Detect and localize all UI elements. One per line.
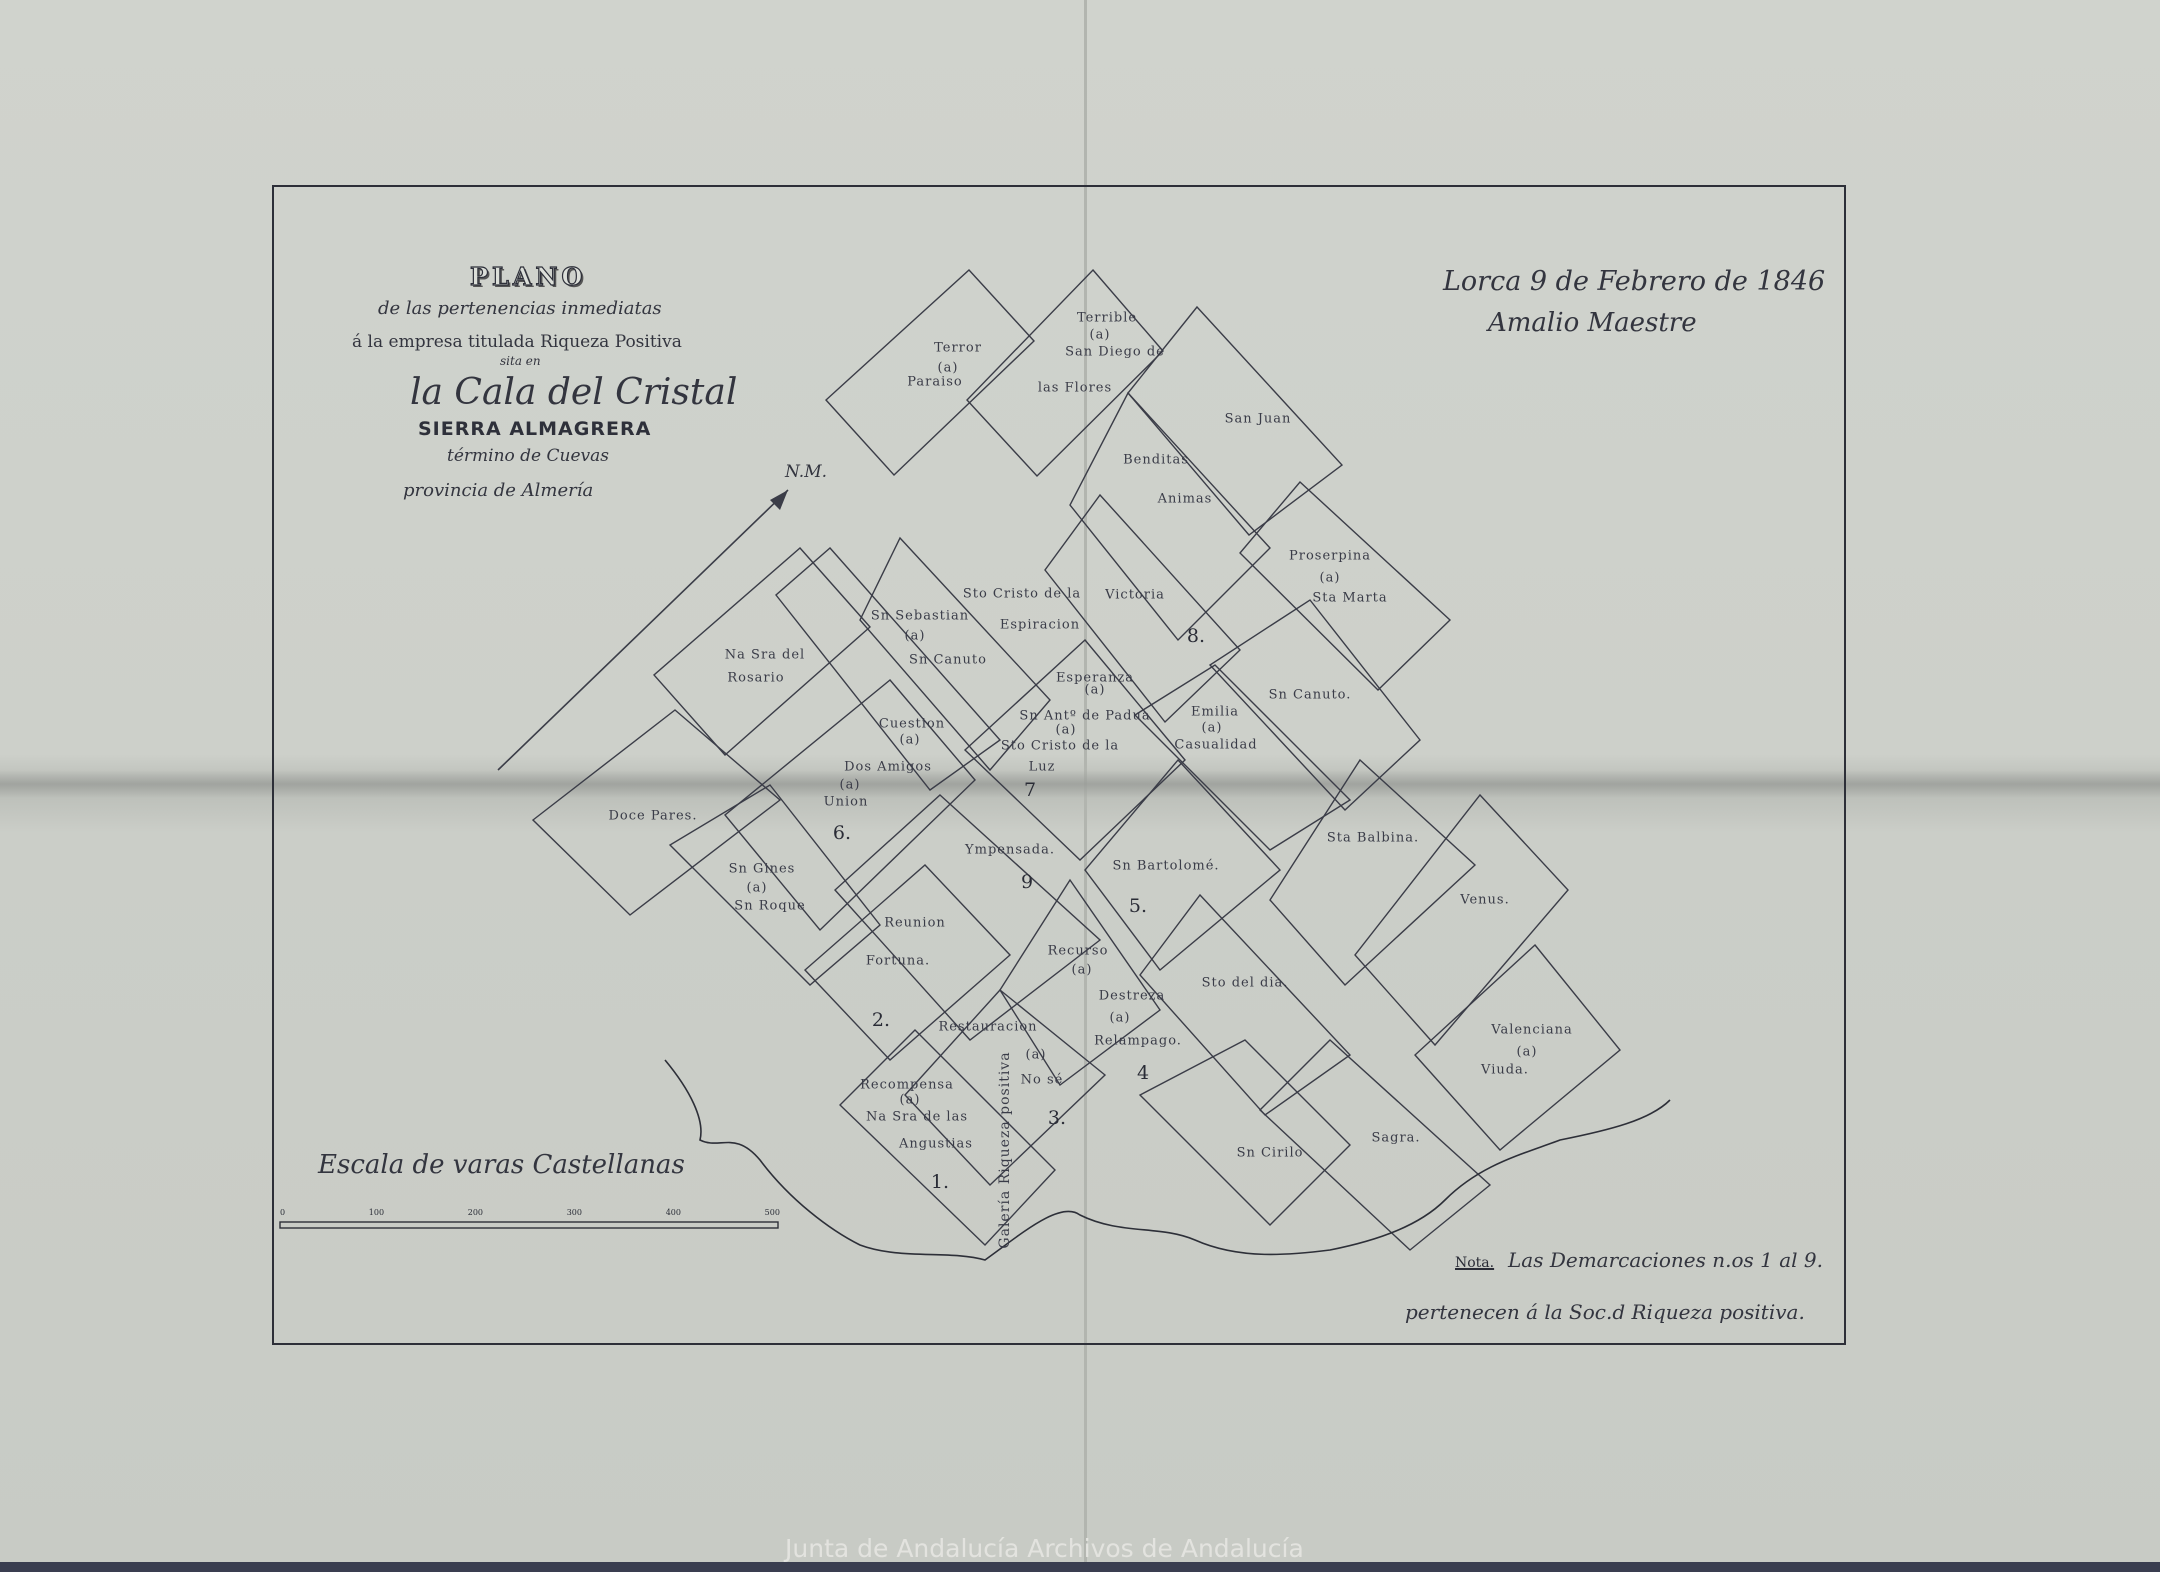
- title-line1: de las pertenencias inmediatas: [378, 298, 662, 319]
- parcel-label: Angustias: [899, 1137, 973, 1152]
- parcel-number: 2.: [872, 1009, 890, 1031]
- parcel-number: 9: [1021, 871, 1033, 893]
- title-termino: término de Cuevas: [447, 446, 609, 466]
- parcel-label: (a): [1090, 328, 1111, 343]
- title-place: la Cala del Cristal: [410, 372, 737, 413]
- scale-tick: 200: [468, 1208, 483, 1217]
- parcel-label: Espiracion: [1000, 618, 1080, 633]
- archive-watermark: Junta de Andalucía Archivos de Andalucía: [785, 1534, 1304, 1563]
- parcel-label: Sta Marta: [1312, 591, 1387, 606]
- parcel-label: Victoria: [1105, 588, 1165, 603]
- parcel-label: (a): [1085, 683, 1106, 698]
- parcel-label: Sn Canuto.: [1269, 688, 1352, 703]
- parcel-label: las Flores: [1038, 381, 1112, 396]
- parcel-label: Terrible: [1077, 311, 1137, 326]
- parcel-label: Destreza: [1099, 989, 1166, 1004]
- parcel-label: (a): [840, 778, 861, 793]
- parcel-label: Animas: [1158, 492, 1213, 507]
- parcel-label: San Diego de: [1065, 345, 1165, 360]
- signature-author: Amalio Maestre: [1488, 308, 1697, 338]
- parcel-label: San Juan: [1225, 412, 1292, 427]
- parcel-label: Paraiso: [907, 375, 963, 390]
- parcel-label: Reunion: [884, 916, 946, 931]
- parcel-label: Valenciana: [1491, 1023, 1572, 1038]
- north-arrow-label: N.M.: [785, 462, 827, 482]
- parcel-label: Dos Amigos: [844, 760, 932, 775]
- parcel-label: Viuda.: [1481, 1063, 1529, 1078]
- parcel-label: (a): [900, 733, 921, 748]
- parcel-label: Sto del dia.: [1202, 976, 1289, 991]
- parcel-label: Na Sra de las: [866, 1110, 968, 1125]
- note-line2: pertenecen á la Soc.d Riqueza positiva.: [1405, 1300, 1805, 1324]
- parcel-label: Fortuna.: [866, 954, 930, 969]
- parcel-label: Sn Cirilo: [1237, 1146, 1304, 1161]
- parcel-label: Ympensada.: [965, 843, 1055, 858]
- parcel-label: Sn Sebastian: [871, 609, 969, 624]
- title-provincia: provincia de Almería: [403, 480, 593, 501]
- parcel-label: Benditas: [1123, 453, 1189, 468]
- parcel-map: [0, 0, 2160, 1572]
- parcel-label: Relampago.: [1094, 1034, 1182, 1049]
- parcel-label: Sto Cristo de la: [963, 587, 1081, 602]
- parcel-number: 6.: [833, 822, 851, 844]
- parcel-label: (a): [938, 361, 959, 376]
- parcel-number: 8.: [1187, 625, 1205, 647]
- parcel-label: Venus.: [1460, 893, 1509, 908]
- parcel-label: Restauracion: [938, 1020, 1037, 1035]
- signature-date: Lorca 9 de Febrero de 1846: [1443, 266, 1825, 297]
- scale-title: Escala de varas Castellanas: [318, 1150, 685, 1180]
- parcel-label: Terror: [934, 341, 982, 356]
- parcel-label: (a): [1320, 571, 1341, 586]
- parcel-label: Sta Balbina.: [1327, 831, 1419, 846]
- parcel-label: (a): [1517, 1045, 1538, 1060]
- scale-tick: 100: [369, 1208, 384, 1217]
- parcel-label: (a): [900, 1093, 921, 1108]
- parcel-label: Proserpina: [1289, 549, 1371, 564]
- parcel-label: Sto Cristo de la: [1001, 739, 1119, 754]
- parcel-label: (a): [905, 629, 926, 644]
- parcel-label: Na Sra del: [725, 648, 805, 663]
- parcel-number: 3.: [1048, 1107, 1066, 1129]
- scale-tick: 500: [765, 1208, 780, 1217]
- parcel-label: Sn Canuto: [909, 653, 987, 668]
- title-line2: á la empresa titulada Riqueza Positiva: [352, 332, 682, 352]
- title-sierra: SIERRA ALMAGRERA: [418, 418, 651, 440]
- parcel-label: (a): [747, 881, 768, 896]
- parcel-label: (a): [1202, 721, 1223, 736]
- parcel-label: (a): [1072, 963, 1093, 978]
- scale-tick: 0: [280, 1208, 285, 1217]
- title-line3: sita en: [500, 354, 541, 368]
- parcel-label: Sn Antº de Padua: [1019, 709, 1150, 724]
- scale-ticks: 0 100 200 300 400 500: [280, 1208, 780, 1217]
- note-label: Nota.: [1455, 1255, 1494, 1271]
- bottom-edge: [0, 1562, 2160, 1572]
- parcel-label: Doce Pares.: [609, 809, 698, 824]
- parcel-number: 4: [1137, 1062, 1149, 1084]
- parcel-label: Sn Bartolomé.: [1112, 859, 1219, 874]
- parcel-label: No sé: [1021, 1073, 1064, 1088]
- scale-tick: 400: [666, 1208, 681, 1217]
- parcel-label: Rosario: [727, 671, 784, 686]
- parcel-label: (a): [1110, 1011, 1131, 1026]
- parcel-label: Recompensa: [860, 1078, 954, 1093]
- parcel-label: (a): [1056, 723, 1077, 738]
- parcel-number: 7: [1024, 779, 1036, 801]
- parcel-label: Sagra.: [1371, 1131, 1420, 1146]
- parcel-number: 5.: [1129, 895, 1147, 917]
- gallery-label: Galería Riqueza positiva: [997, 1051, 1013, 1248]
- parcel-label: Recurso: [1048, 944, 1109, 959]
- parcel-label: Cuestion: [879, 717, 945, 732]
- parcel-number: 1.: [931, 1171, 949, 1193]
- parcel-label: Sn Gines: [729, 862, 796, 877]
- note-line1: Las Demarcaciones n.os 1 al 9.: [1508, 1248, 1823, 1272]
- parcel-label: Luz: [1029, 760, 1056, 775]
- parcel-label: Sn Roque: [734, 899, 805, 914]
- parcel-label: Casualidad: [1174, 738, 1257, 753]
- parcel-label: Union: [824, 795, 869, 810]
- scale-tick: 300: [567, 1208, 582, 1217]
- title-heading: PLANO: [470, 262, 586, 291]
- parcel-label: (a): [1026, 1048, 1047, 1063]
- parcel-label: Emilia: [1191, 705, 1239, 720]
